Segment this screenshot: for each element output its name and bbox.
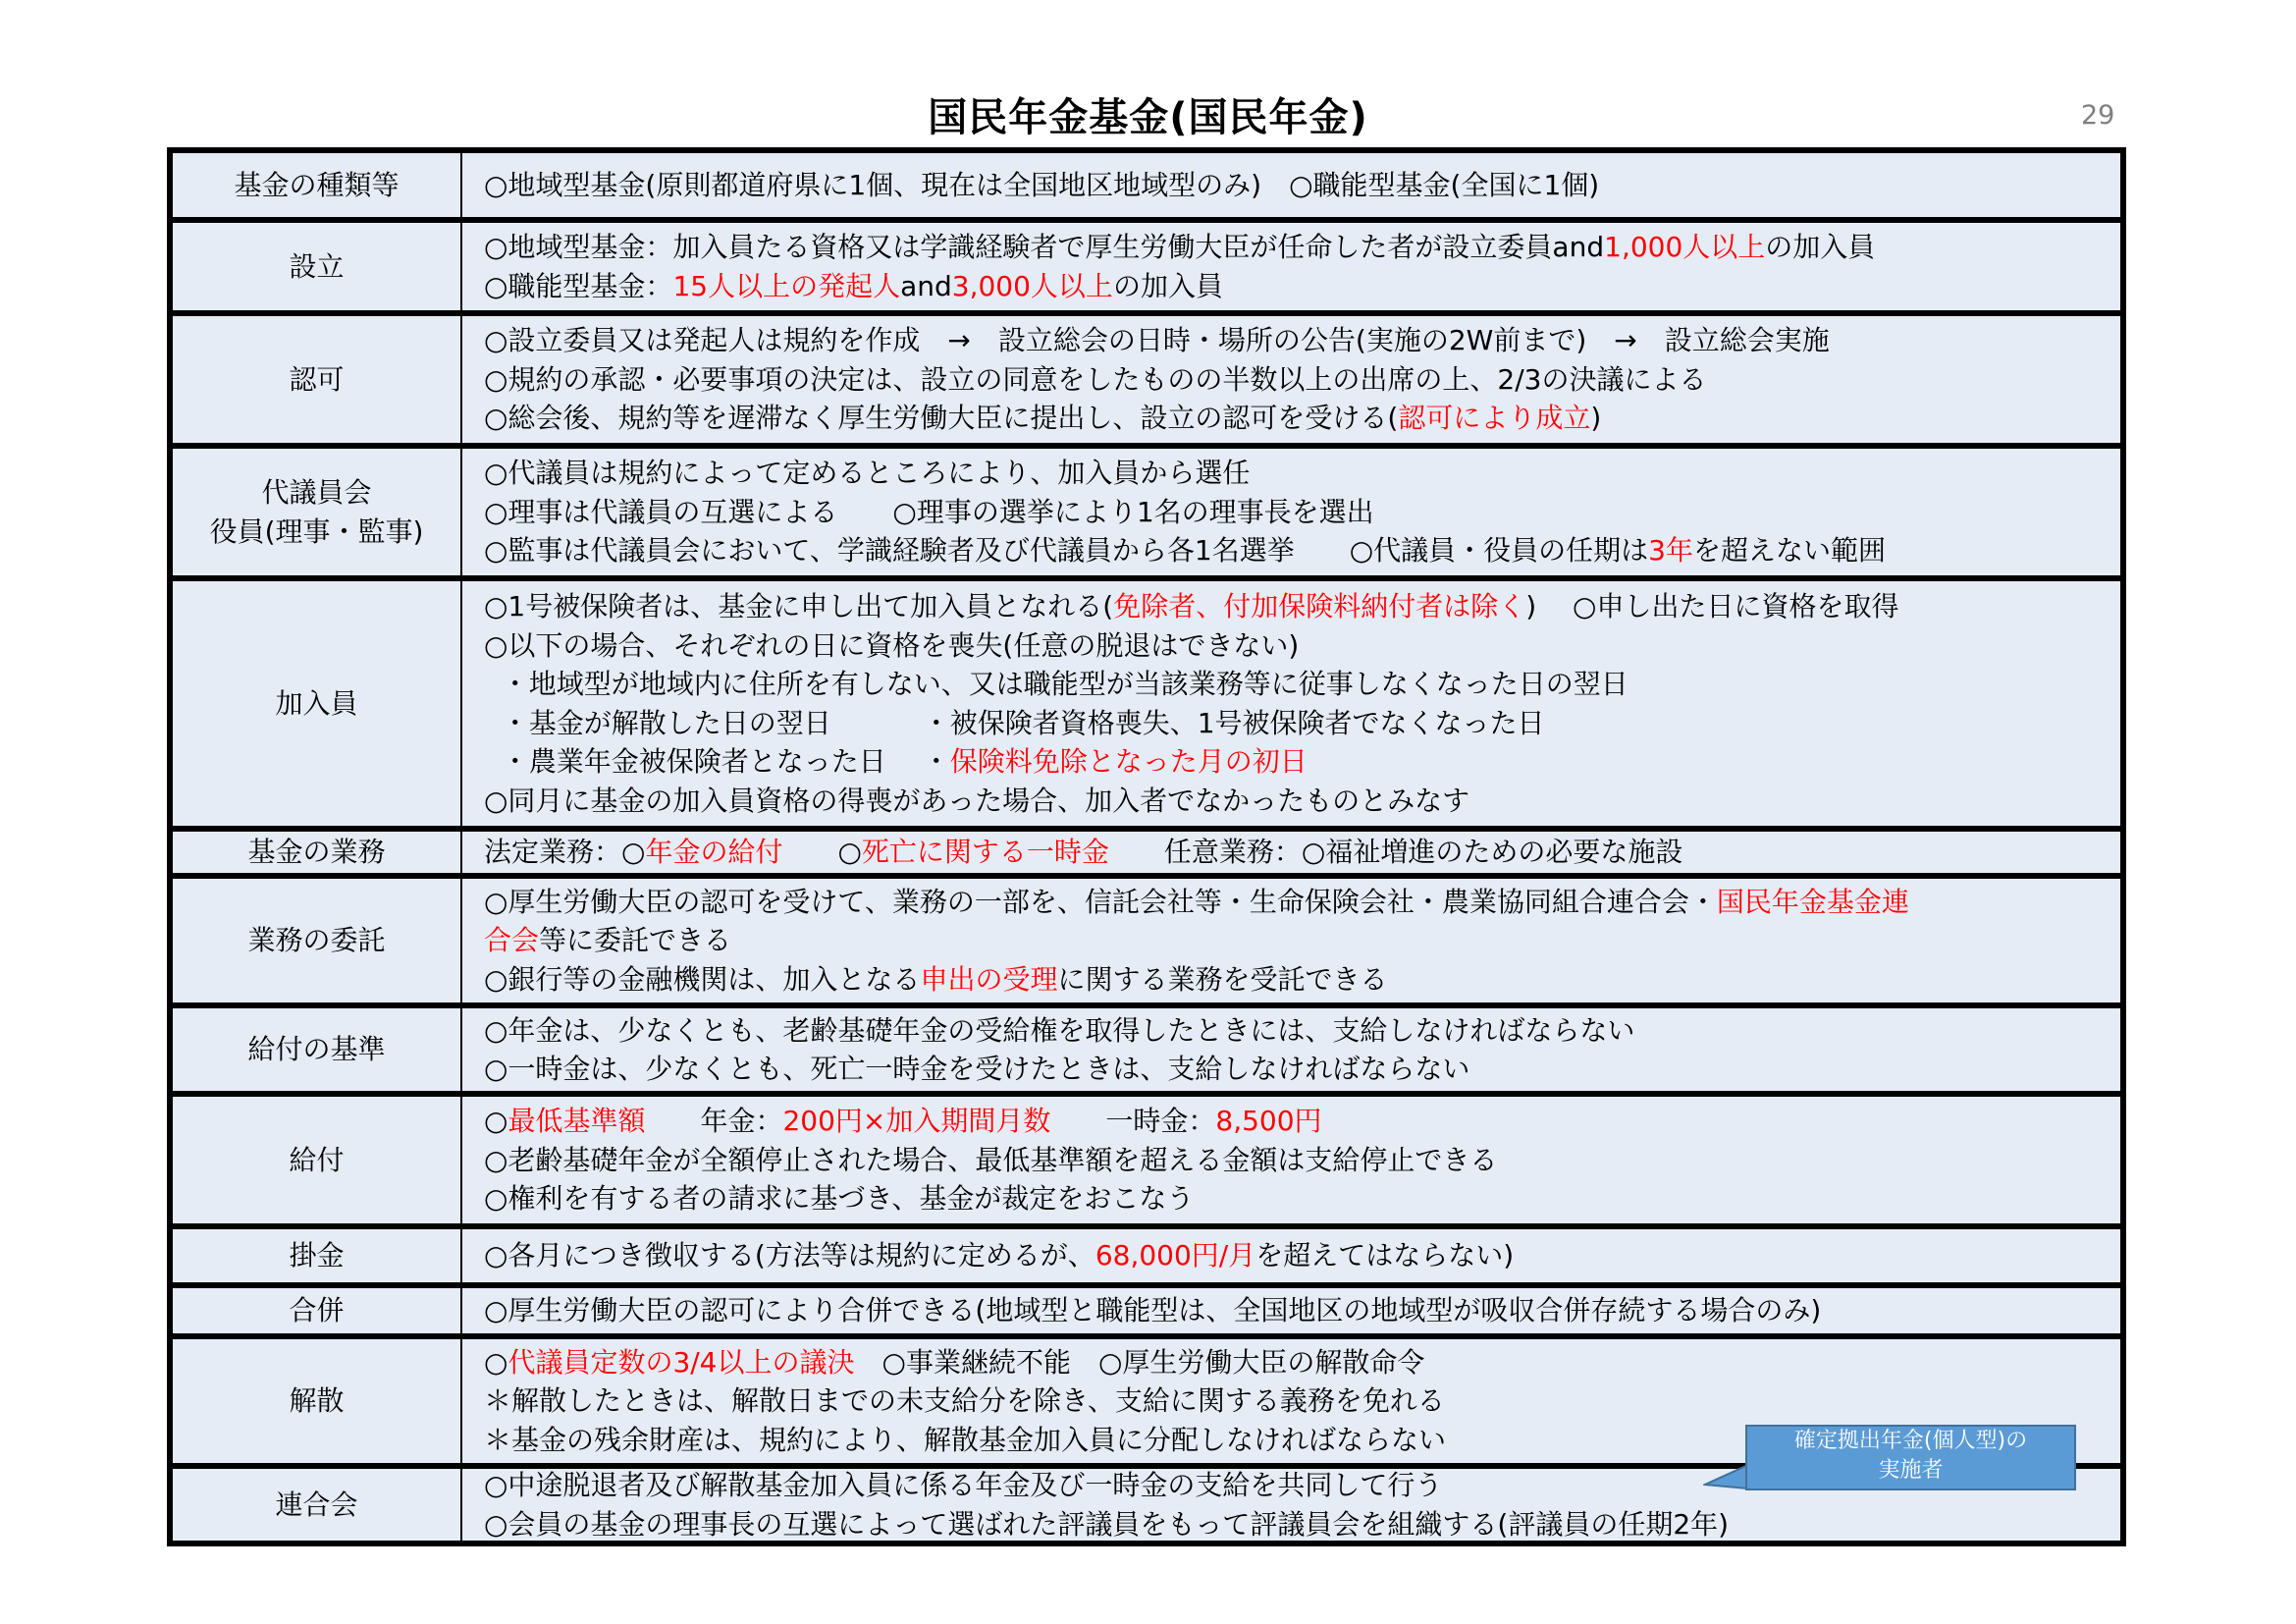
text-segment: を超えてはならない) [1255, 1239, 1514, 1272]
text-segment: 等に委託できる [539, 924, 731, 956]
table-row-members: 加入員○1号被保険者は、基金に申し出て加入員となれる(免除者、付加保険料納付者は… [173, 575, 2120, 826]
text-segment: ○ [484, 1346, 507, 1379]
content-line: ○厚生労働大臣の認可により合併できる(地域型と職能型は、全国地区の地域型が吸収合… [484, 1291, 2120, 1330]
text-segment: ) ○申し出た日に資格を取得 [1525, 590, 1898, 623]
row-content: ○厚生労働大臣の認可を受けて、業務の一部を、信託会社等・生命保険会社・農業協同組… [462, 879, 2120, 1002]
text-segment: ) [1590, 402, 1601, 434]
highlighted-text: 代議員定数の3/4以上の議決 [507, 1346, 854, 1379]
content-line: ○地域型基金：加入員たる資格又は学識経験者で厚生労働大臣が任命した者が設立委員a… [484, 228, 2120, 267]
highlighted-text: 最低基準額 [507, 1105, 645, 1137]
text-segment: ○設立委員又は発起人は規約を作成 → 設立総会の日時・場所の公告(実施の2W前ま… [484, 324, 1830, 356]
text-segment: 年金： [645, 1105, 782, 1137]
row-content: ○地域型基金(原則都道府県に1個、現在は全国地区地域型のみ) ○職能型基金(全国… [462, 153, 2120, 217]
text-segment: を超えない範囲 [1693, 534, 1886, 567]
content-line: ○同月に基金の加入員資格の得喪があった場合、加入者でなかったものとみなす [484, 782, 2120, 821]
text-segment: ○1号被保険者は、基金に申し出て加入員となれる( [484, 590, 1113, 623]
highlighted-text: 死亡に関する一時金 [862, 836, 1109, 868]
content-line: ＊解散したときは、解散日までの未支給分を除き、支給に関する義務を免れる [484, 1381, 2120, 1421]
highlighted-text: 保険料免除となった月の初日 [950, 745, 1308, 778]
page-number: 29 [2081, 100, 2114, 131]
row-content: ○各月につき徴収する(方法等は規約に定めるが、68,000円/月を超えてはならな… [462, 1229, 2120, 1282]
table-row-outsourcing: 業務の委託○厚生労働大臣の認可を受けて、業務の一部を、信託会社等・生命保険会社・… [173, 873, 2120, 1002]
row-label: 代議員会 役員(理事・監事) [173, 449, 462, 575]
highlighted-text: 3年 [1648, 534, 1693, 567]
content-line: ・農業年金被保険者となった日 ・保険料免除となった月の初日 [484, 742, 2120, 782]
content-line: ・基金が解散した日の翌日 ・被保険者資格喪失、1号被保険者でなくなった日 [484, 704, 2120, 743]
text-segment: ○監事は代議員会において、学識経験者及び代議員から各1名選挙 ○代議員・役員の任… [484, 534, 1648, 567]
content-line: ○厚生労働大臣の認可を受けて、業務の一部を、信託会社等・生命保険会社・農業協同組… [484, 883, 2120, 922]
highlighted-text: 認可により成立 [1398, 402, 1590, 434]
table-row-approval: 認可○設立委員又は発起人は規約を作成 → 設立総会の日時・場所の公告(実施の2W… [173, 310, 2120, 443]
content-line: ○理事は代議員の互選による ○理事の選挙により1名の理事長を選出 [484, 493, 2120, 532]
row-label-text: 設立 [289, 247, 344, 287]
text-segment: ○代議員は規約によって定めるところにより、加入員から選任 [484, 457, 1250, 489]
table-row-fund-business: 基金の業務法定業務：○年金の給付 ○死亡に関する一時金 任意業務：○福祉増進のた… [173, 826, 2120, 873]
row-label-text: 基金の業務 [247, 833, 385, 872]
content-line: ○総会後、規約等を遅滞なく厚生労働大臣に提出し、設立の認可を受ける(認可により成… [484, 399, 2120, 438]
row-label: 連合会 [173, 1469, 462, 1541]
text-segment: ・地域型が地域内に住所を有しない、又は職能型が当該業務等に従事しなくなった日の翌… [484, 668, 1629, 700]
text-segment: ○権利を有する者の請求に基づき、基金が裁定をおこなう [484, 1182, 1194, 1215]
text-segment: ○職能型基金： [484, 270, 672, 302]
text-segment: ○厚生労働大臣の認可により合併できる(地域型と職能型は、全国地区の地域型が吸収合… [484, 1294, 1821, 1326]
content-line: ○代議員は規約によって定めるところにより、加入員から選任 [484, 454, 2120, 493]
highlighted-text: 3,000人以上 [952, 270, 1113, 302]
text-segment: ○以下の場合、それぞれの日に資格を喪失(任意の脱退はできない) [484, 629, 1299, 662]
content-line: ○銀行等の金融機関は、加入となる申出の受理に関する業務を受託できる [484, 960, 2120, 1000]
content-line: ○一時金は、少なくとも、死亡一時金を受けたときは、支給しなければならない [484, 1050, 2120, 1089]
highlighted-text: 国民年金基金連 [1717, 886, 1909, 918]
table-row-benefits: 給付○最低基準額 年金：200円×加入期間月数 一時金：8,500円○老齢基礎年… [173, 1091, 2120, 1223]
row-label: 基金の業務 [173, 832, 462, 873]
row-content: ○厚生労働大臣の認可により合併できる(地域型と職能型は、全国地区の地域型が吸収合… [462, 1288, 2120, 1333]
content-line: 法定業務：○年金の給付 ○死亡に関する一時金 任意業務：○福祉増進のための必要な… [484, 833, 2120, 872]
content-line: ○権利を有する者の請求に基づき、基金が裁定をおこなう [484, 1179, 2120, 1218]
row-label: 給付の基準 [173, 1008, 462, 1091]
row-label-text: 給付の基準 [247, 1030, 385, 1069]
table-row-benefit-standard: 給付の基準○年金は、少なくとも、老齢基礎年金の受給権を取得したときには、支給しな… [173, 1002, 2120, 1091]
highlighted-text: 年金の給付 [645, 836, 782, 868]
content-line: ○各月につき徴収する(方法等は規約に定めるが、68,000円/月を超えてはならな… [484, 1236, 2120, 1275]
text-segment: ○年金は、少なくとも、老齢基礎年金の受給権を取得したときには、支給しなければなら… [484, 1014, 1634, 1047]
row-label: 設立 [173, 223, 462, 310]
content-line: ○最低基準額 年金：200円×加入期間月数 一時金：8,500円 [484, 1102, 2120, 1141]
content-line: ○規約の承認・必要事項の決定は、設立の同意をしたものの半数以上の出席の上、2/3… [484, 360, 2120, 400]
row-label: 給付 [173, 1097, 462, 1223]
text-segment: 任意業務：○福祉増進のための必要な施設 [1109, 836, 1682, 868]
table-row-establishment: 設立○地域型基金：加入員たる資格又は学識経験者で厚生労働大臣が任命した者が設立委… [173, 217, 2120, 310]
text-segment: ○ [484, 1105, 507, 1137]
row-label-text: 給付 [289, 1141, 344, 1180]
text-segment: ○ [782, 836, 861, 868]
text-segment: ○事業継続不能 ○厚生労働大臣の解散命令 [855, 1346, 1425, 1379]
row-label: 認可 [173, 316, 462, 443]
text-segment: ○一時金は、少なくとも、死亡一時金を受けたときは、支給しなければならない [484, 1053, 1469, 1085]
row-content: ○年金は、少なくとも、老齢基礎年金の受給権を取得したときには、支給しなければなら… [462, 1008, 2120, 1091]
content-line: ○会員の基金の理事長の互選によって選ばれた評議員をもって評議員会を組織する(評議… [484, 1505, 2120, 1544]
row-label-text: 解散 [289, 1381, 344, 1421]
row-label-text: 加入員 [275, 684, 357, 724]
row-label: 業務の委託 [173, 879, 462, 1002]
row-label: 基金の種類等 [173, 153, 462, 217]
table-row-contributions: 掛金○各月につき徴収する(方法等は規約に定めるが、68,000円/月を超えてはな… [173, 1223, 2120, 1282]
highlighted-text: 合会 [484, 924, 539, 956]
text-segment: ・農業年金被保険者となった日 ・ [484, 745, 950, 778]
row-label-text: 合併 [289, 1291, 344, 1330]
table-row-fund-types: 基金の種類等○地域型基金(原則都道府県に1個、現在は全国地区地域型のみ) ○職能… [173, 153, 2120, 217]
row-content: ○1号被保険者は、基金に申し出て加入員となれる(免除者、付加保険料納付者は除く)… [462, 581, 2120, 826]
callout-pointer-icon [1703, 1463, 1750, 1490]
content-line: ○地域型基金(原則都道府県に1個、現在は全国地区地域型のみ) ○職能型基金(全国… [484, 166, 2120, 205]
content-line: ○年金は、少なくとも、老齢基礎年金の受給権を取得したときには、支給しなければなら… [484, 1011, 2120, 1051]
highlighted-text: 68,000円/月 [1095, 1239, 1255, 1272]
row-label-text: 連合会 [275, 1486, 357, 1525]
table-row-delegates-officers: 代議員会 役員(理事・監事)○代議員は規約によって定めるところにより、加入員から… [173, 443, 2120, 575]
text-segment: ＊解散したときは、解散日までの未支給分を除き、支給に関する義務を免れる [484, 1384, 1445, 1417]
row-label-text: 代議員会 役員(理事・監事) [210, 473, 424, 552]
highlighted-text: 15人以上の発起人 [672, 270, 900, 302]
row-label-text: 掛金 [289, 1236, 344, 1275]
text-segment: ○総会後、規約等を遅滞なく厚生労働大臣に提出し、設立の認可を受ける( [484, 402, 1398, 434]
text-segment: ○同月に基金の加入員資格の得喪があった場合、加入者でなかったものとみなす [484, 785, 1469, 817]
row-label-text: 認可 [289, 360, 344, 400]
content-line: ○1号被保険者は、基金に申し出て加入員となれる(免除者、付加保険料納付者は除く)… [484, 587, 2120, 626]
summary-table: 基金の種類等○地域型基金(原則都道府県に1個、現在は全国地区地域型のみ) ○職能… [167, 147, 2126, 1546]
row-label-text: 業務の委託 [247, 921, 385, 960]
text-segment: ○地域型基金：加入員たる資格又は学識経験者で厚生労働大臣が任命した者が設立委員a… [484, 231, 1604, 263]
text-segment: の加入員 [1765, 231, 1875, 263]
text-segment: ○規約の承認・必要事項の決定は、設立の同意をしたものの半数以上の出席の上、2/3… [484, 363, 1707, 396]
text-segment: に関する業務を受託できる [1057, 963, 1387, 996]
highlighted-text: 8,500円 [1215, 1105, 1321, 1137]
content-line: ○設立委員又は発起人は規約を作成 → 設立総会の日時・場所の公告(実施の2W前ま… [484, 321, 2120, 360]
row-label: 加入員 [173, 581, 462, 826]
callout-line-2: 実施者 [1747, 1456, 2074, 1486]
row-content: ○最低基準額 年金：200円×加入期間月数 一時金：8,500円○老齢基礎年金が… [462, 1097, 2120, 1223]
content-line: ○老齢基礎年金が全額停止された場合、最低基準額を超える金額は支給停止できる [484, 1141, 2120, 1180]
text-segment: 法定業務：○ [484, 836, 645, 868]
text-segment: ・基金が解散した日の翌日 ・被保険者資格喪失、1号被保険者でなくなった日 [484, 707, 1545, 739]
row-label-text: 基金の種類等 [234, 166, 399, 205]
content-line: ○職能型基金：15人以上の発起人and3,000人以上の加入員 [484, 267, 2120, 306]
text-segment: ○理事は代議員の互選による ○理事の選挙により1名の理事長を選出 [484, 496, 1374, 528]
table-row-merger: 合併○厚生労働大臣の認可により合併できる(地域型と職能型は、全国地区の地域型が吸… [173, 1282, 2120, 1333]
row-label: 掛金 [173, 1229, 462, 1282]
callout-note: 確定拠出年金(個人型)の 実施者 [1745, 1425, 2076, 1490]
text-segment: and [900, 270, 952, 302]
highlighted-text: 1,000人以上 [1604, 231, 1765, 263]
highlighted-text: 免除者、付加保険料納付者は除く [1113, 590, 1525, 623]
text-segment: ○老齢基礎年金が全額停止された場合、最低基準額を超える金額は支給停止できる [484, 1144, 1497, 1176]
text-segment: ○地域型基金(原則都道府県に1個、現在は全国地区地域型のみ) ○職能型基金(全国… [484, 169, 1599, 201]
row-content: 法定業務：○年金の給付 ○死亡に関する一時金 任意業務：○福祉増進のための必要な… [462, 832, 2120, 873]
text-segment: 一時金： [1050, 1105, 1215, 1137]
text-segment: ○厚生労働大臣の認可を受けて、業務の一部を、信託会社等・生命保険会社・農業協同組… [484, 886, 1717, 918]
row-label: 解散 [173, 1339, 462, 1463]
row-content: ○設立委員又は発起人は規約を作成 → 設立総会の日時・場所の公告(実施の2W前ま… [462, 316, 2120, 443]
content-line: 合会等に委託できる [484, 921, 2120, 960]
row-content: ○代議員は規約によって定めるところにより、加入員から選任○理事は代議員の互選によ… [462, 449, 2120, 575]
text-segment: の加入員 [1113, 270, 1223, 302]
callout-line-1: 確定拠出年金(個人型)の [1747, 1427, 2074, 1456]
content-line: ○監事は代議員会において、学識経験者及び代議員から各1名選挙 ○代議員・役員の任… [484, 531, 2120, 570]
content-line: ○以下の場合、それぞれの日に資格を喪失(任意の脱退はできない) [484, 626, 2120, 666]
row-label: 合併 [173, 1288, 462, 1333]
text-segment: ○銀行等の金融機関は、加入となる [484, 963, 920, 996]
text-segment: ＊基金の残余財産は、規約により、解散基金加入員に分配しなければならない [484, 1424, 1446, 1456]
text-segment: ○各月につき徴収する(方法等は規約に定めるが、 [484, 1239, 1095, 1272]
highlighted-text: 200円×加入期間月数 [782, 1105, 1050, 1137]
highlighted-text: 申出の受理 [920, 963, 1057, 996]
page-title: 国民年金基金(国民年金) [0, 86, 2296, 142]
text-segment: ○会員の基金の理事長の互選によって選ばれた評議員をもって評議員会を組織する(評議… [484, 1508, 1729, 1541]
text-segment: ○中途脱退者及び解散基金加入員に係る年金及び一時金の支給を共同して行う [484, 1469, 1442, 1501]
content-line: ○代議員定数の3/4以上の議決 ○事業継続不能 ○厚生労働大臣の解散命令 [484, 1343, 2120, 1382]
content-line: ・地域型が地域内に住所を有しない、又は職能型が当該業務等に従事しなくなった日の翌… [484, 665, 2120, 704]
row-content: ○地域型基金：加入員たる資格又は学識経験者で厚生労働大臣が任命した者が設立委員a… [462, 223, 2120, 310]
